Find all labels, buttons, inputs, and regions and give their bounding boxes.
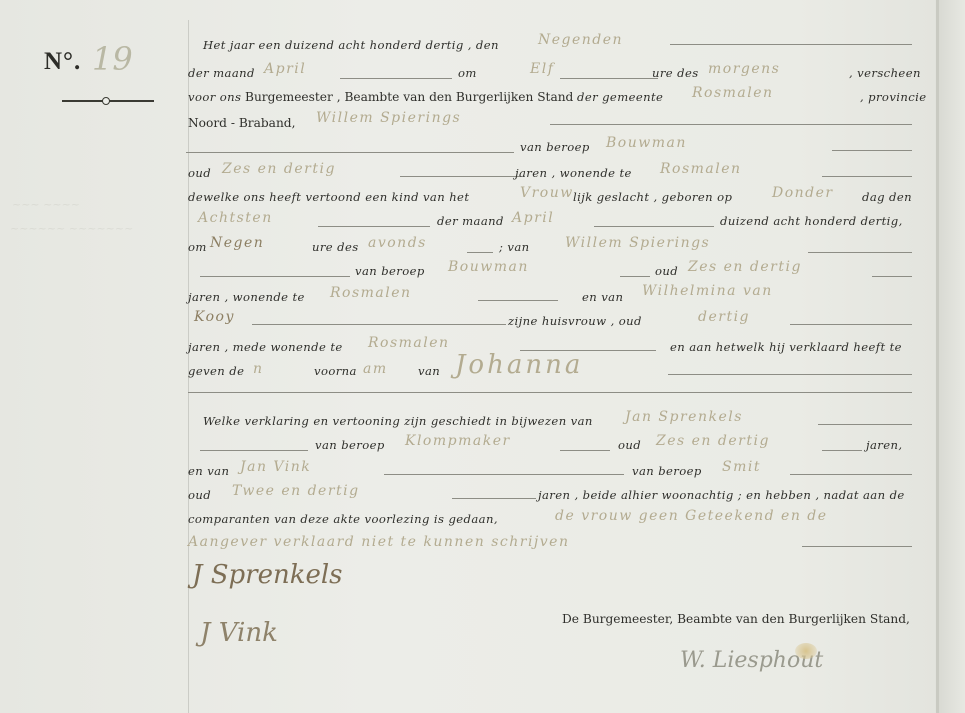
fill-rule [790, 324, 912, 325]
bleed-through-text: ~~~ ~~~~ [12, 198, 80, 211]
handwritten-birth-month: April [512, 210, 554, 226]
printed-text: jaren , mede wonende te [188, 340, 343, 354]
handwritten-father-name: Willem Spierings [565, 235, 710, 251]
fill-rule [560, 450, 610, 451]
witness-2-signature: J Vink [200, 618, 278, 648]
printed-text: , verscheen [849, 66, 921, 80]
handwritten-time-of-day: morgens [708, 61, 780, 77]
printed-text: ure des [312, 240, 359, 254]
handwritten-residence: Rosmalen [330, 285, 412, 301]
printed-text: oud [618, 438, 641, 452]
fill-rule [668, 374, 912, 375]
handwritten-mother-name: Wilhelmina van [642, 283, 773, 299]
fill-rule [478, 300, 558, 301]
fill-rule [186, 152, 514, 153]
handwritten-mother-age: dertig [698, 309, 750, 325]
printed-text: oud [188, 488, 211, 502]
fill-rule [808, 252, 912, 253]
printed-text: Burgemeester , Beambte van den Burgerlij… [245, 90, 573, 104]
fill-rule [467, 252, 493, 253]
handwritten-municipality: Rosmalen [692, 85, 774, 101]
handwritten-age: Zes en dertig [222, 161, 336, 177]
printed-text: om [458, 66, 477, 80]
handwritten-time-of-day: avonds [368, 235, 427, 251]
printed-text: van beroep [355, 264, 425, 278]
fill-rule [832, 150, 912, 151]
printed-text: jaren , wonende te [188, 290, 305, 304]
fill-rule [188, 392, 912, 393]
printed-text: jaren , beide alhier woonachtig ; en heb… [538, 488, 905, 502]
handwritten-suffix: n [253, 361, 264, 377]
printed-text: dewelke ons heeft vertoond een kind van … [188, 190, 469, 204]
printed-text: voor ons [188, 90, 241, 104]
fill-rule [550, 124, 912, 125]
ornament-dot [102, 97, 110, 105]
handwritten-birth-hour: Negen [210, 235, 264, 251]
fill-rule [452, 498, 536, 499]
handwritten-mother-surname: Kooy [194, 309, 235, 325]
printed-text: Het jaar een duizend acht honderd dertig… [203, 38, 499, 52]
witness-1-signature: J Sprenkels [192, 560, 343, 590]
fill-rule [340, 78, 452, 79]
printed-text: ; van [499, 240, 530, 254]
printed-text: lijk geslacht , geboren op [573, 190, 732, 204]
handwritten-birth-day: Achtsten [198, 210, 273, 226]
handwritten-witness-2-occupation: Smit [722, 459, 761, 475]
handwritten-witness-2-age: Twee en dertig [232, 483, 360, 499]
printed-text: van beroep [632, 464, 702, 478]
printed-text: oud [655, 264, 678, 278]
fill-rule [818, 424, 912, 425]
printed-text: duizend acht honderd dertig, [720, 214, 903, 228]
printed-text: comparanten van deze akte voorlezing is … [188, 512, 498, 526]
fill-rule [560, 78, 658, 79]
printed-text: zijne huisvrouw , oud [508, 314, 642, 328]
handwritten-declarant-name: Willem Spierings [316, 110, 461, 126]
handwritten-remark-continued: Aangever verklaard niet te kunnen schrij… [188, 534, 569, 550]
fill-rule [822, 450, 862, 451]
handwritten-residence: Rosmalen [660, 161, 742, 177]
handwritten-witness-1-name: Jan Sprenkels [625, 409, 743, 425]
fill-rule [872, 276, 912, 277]
printed-text: jaren , wonende te [515, 166, 632, 180]
fill-rule [200, 276, 350, 277]
fill-rule [822, 176, 912, 177]
printed-text: om [188, 240, 207, 254]
handwritten-month: April [264, 61, 306, 77]
printed-text: oud [188, 166, 211, 180]
handwritten-day: Negenden [538, 32, 623, 48]
printed-text: Welke verklaring en vertooning zijn gesc… [203, 414, 593, 428]
handwritten-weekday: Donder [772, 185, 834, 201]
fill-rule [200, 450, 308, 451]
handwritten-witness-1-occupation: Klompmaker [405, 433, 511, 449]
printed-text: van beroep [520, 140, 590, 154]
ink-stain [795, 643, 817, 659]
mayor-caption: De Burgemeester, Beambte van den Burgerl… [562, 612, 910, 626]
handwritten-suffix: am [363, 361, 388, 377]
handwritten-hour: Elf [530, 61, 554, 77]
printed-text: der maand [188, 66, 255, 80]
certificate-number-label: N°. [44, 48, 81, 76]
facing-page-edge [939, 0, 965, 713]
fill-rule [384, 474, 624, 475]
handwritten-sex: Vrouw [520, 185, 574, 201]
handwritten-witness-1-age: Zes en dertig [656, 433, 770, 449]
printed-text: dag den [862, 190, 912, 204]
handwritten-father-occupation: Bouwman [448, 259, 529, 275]
certificate-number-value: 19 [92, 40, 133, 78]
handwritten-father-age: Zes en dertig [688, 259, 802, 275]
printed-text: en van [582, 290, 623, 304]
fill-rule [790, 474, 912, 475]
printed-text: jaren, [866, 438, 902, 452]
fill-rule [252, 324, 506, 325]
fill-rule [670, 44, 912, 45]
printed-text: van beroep [315, 438, 385, 452]
printed-text: Noord - Braband, [188, 116, 295, 130]
printed-text: van [418, 364, 440, 378]
printed-text: geven de [188, 364, 244, 378]
printed-text: der maand [437, 214, 504, 228]
handwritten-witness-2-name: Jan Vink [240, 459, 311, 475]
printed-text: , provincie [860, 90, 927, 104]
fill-rule [620, 276, 650, 277]
fill-rule [802, 546, 912, 547]
number-ornament-rule [62, 100, 154, 102]
printed-text: der gemeente [577, 90, 663, 104]
handwritten-residence: Rosmalen [368, 335, 450, 351]
handwritten-child-name: Johanna [455, 350, 583, 380]
fill-rule [594, 226, 714, 227]
printed-text: en aan hetwelk hij verklaard heeft te [670, 340, 902, 354]
fill-rule [400, 176, 520, 177]
handwritten-remark: de vrouw geen Geteekend en de [555, 508, 828, 524]
bleed-through-text: ~~~~~~ ~~~~~~~ [10, 222, 133, 235]
printed-text: en van [188, 464, 229, 478]
handwritten-occupation: Bouwman [606, 135, 687, 151]
certificate-page: ~~~ ~~~~ ~~~~~~ ~~~~~~~ N°. 19 Het jaar … [0, 0, 938, 713]
printed-text: ure des [652, 66, 699, 80]
printed-text: voorna [314, 364, 357, 378]
fill-rule [318, 226, 430, 227]
